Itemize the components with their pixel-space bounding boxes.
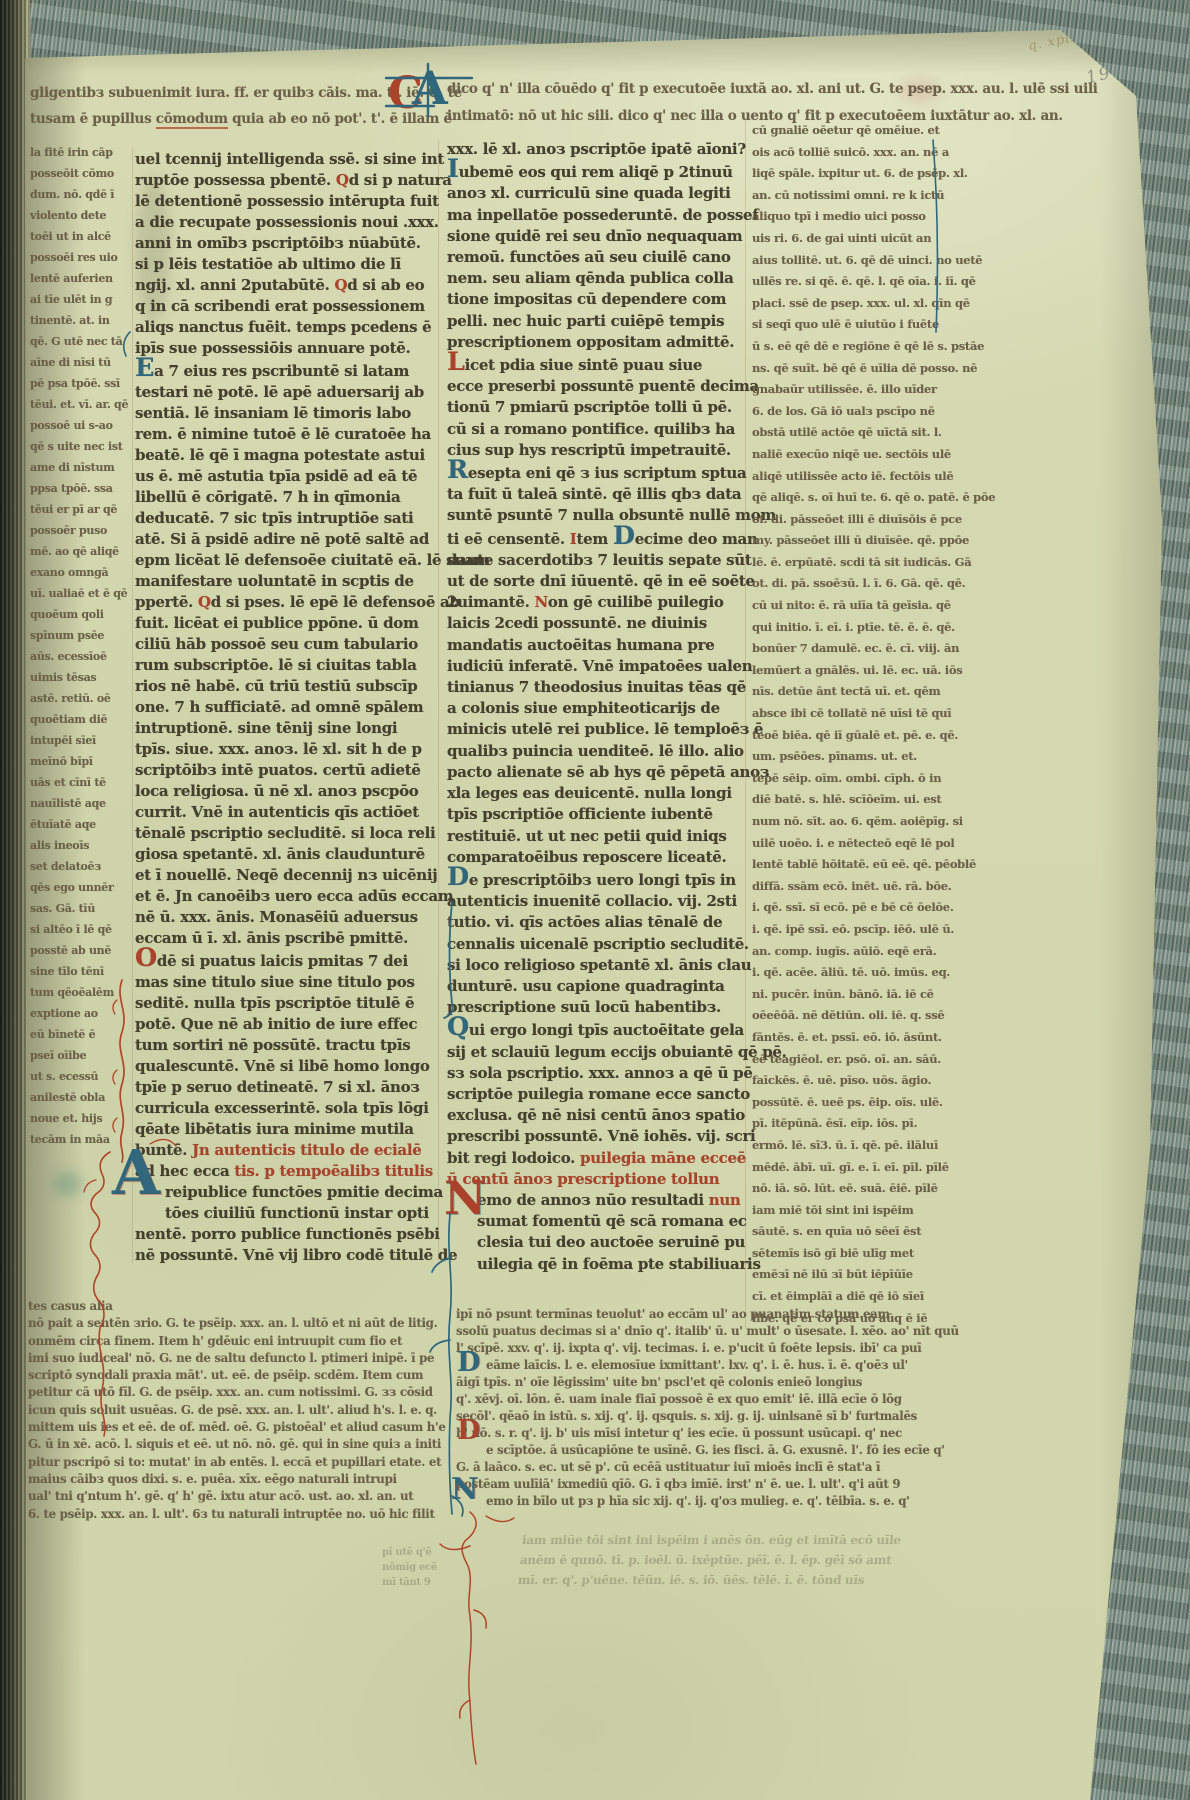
manuscript-line: restituiē. ut ut nec petii quid iniqs [447, 826, 743, 847]
text-segment: lemūert a gnālēs. ui. lē. ec. uā. iōs [752, 663, 962, 677]
text-segment: ois acō tolliē suicō. xxx. an. nē a [752, 145, 949, 159]
manuscript-line: eē teagiēol. er. psō. oī. an. sāū. [752, 1049, 1078, 1071]
text-segment: minicis utelē rei publice. lē temploēз ē [447, 720, 763, 738]
manuscript-line: teoē biēa. qē iī gūalē et. pē. e. qē. [752, 725, 1078, 747]
decorated-initial-N: N [444, 1180, 486, 1217]
gloss-initial-D2: D [457, 1420, 480, 1442]
text-segment: sāutē. s. en quīa uō sēeī ēst [752, 1224, 921, 1238]
text-segment: tutio. vi. qīs actōes alias tēnalē de [447, 913, 722, 931]
manuscript-line: ad hec ecca tis. p tempoēalibз titulis [135, 1161, 438, 1182]
text-segment: iam miūe tōi sint ini ispēim i anēs ōn. … [521, 1533, 901, 1547]
text-segment: la fitē irin cāp [30, 146, 113, 159]
text-segment: uī. ualiaē et ē qē [30, 587, 127, 600]
manuscript-line: set delatoēз [30, 856, 134, 877]
text-segment: tēui er pī ar qē [30, 503, 117, 516]
text-segment: sij et sclauiū legum eccijs obuiantē qē … [447, 1043, 787, 1061]
text-segment: oēeēōā. nē dētiūn. oli. iē. q. ssē [752, 1008, 944, 1022]
parchment-page: 191 q. xpliz gligentibз subuenimit iura.… [0, 0, 1190, 1800]
manuscript-line: ppsa tpōē. ssa [30, 478, 134, 499]
manuscript-line: nē possuntē. Vnē vij libro codē titulē d… [135, 1245, 438, 1266]
text-segment: emēзī nē ilū зī būt iēpīūīe [752, 1267, 913, 1281]
manuscript-line: Odē si puatus laicis pmitas 7 dei [135, 949, 438, 972]
text-segment: laicis 2cedi possuntē. ne diuinis [447, 614, 707, 632]
manuscript-line: remoū. functōes aū seu ciuilē cano [447, 247, 743, 268]
text-segment: autenticis inuenitē collacio. vij. 2sti [447, 892, 737, 910]
manuscript-line: cī. et ēimplāī a diē qē iō sīeī [752, 1286, 1078, 1308]
manuscript-line: aius tollitē. ut. 6. qē dē uinci. no uet… [752, 250, 1078, 272]
text-segment: curricula excesserintē. sola tpīs lōgi [135, 1099, 429, 1117]
manuscript-line: pī. itēpūnā. ēsī. eīp. iōs. pī. [752, 1113, 1078, 1135]
manuscript-line: quoēum qoli [30, 604, 134, 625]
text-segment: tinianus 7 theodosius inuitas tēas qē [447, 678, 746, 696]
manuscript-line: ū centū ānoз prescriptione tollun [447, 1169, 743, 1190]
manuscript-line: suntē psuntē 7 nulla obsuntē nullē mom [447, 505, 743, 526]
manuscript-line: nīs. detūe ānt tectā uī. et. qēm [752, 681, 1078, 703]
text-segment: an. comp. iugīs. aūiō. eqē erā. [752, 944, 936, 958]
manuscript-line: et ī nouellē. Neqē decennij nз uicēnij [135, 865, 438, 886]
text-segment: sas. Gā. tīū [30, 902, 95, 915]
manuscript-line: naliē execūo niqē ue. sectōis ulē [752, 444, 1078, 466]
manuscript-line: ū s. eē qē dē e regiōne ē qē lē s. pstāe [752, 336, 1078, 358]
text-segment: on gē cuilibē puilegio [548, 593, 724, 611]
text-segment: mas sine titulo siue sine titulo pos [135, 973, 415, 991]
text-segment: exptione ao [30, 1007, 98, 1020]
manuscript-line: qualescuntē. Vnē si libē homo longo [135, 1056, 438, 1077]
text-segment: onmēm circa finem. Item h' gdēuic eni in… [28, 1334, 402, 1348]
text-segment: possoēi res uio [30, 251, 118, 264]
text-segment: cū gnaliē oēetur qē omēiue. et [752, 123, 940, 137]
manuscript-line: iam miūe tōi sint ini ispēim i anēs ōn. … [521, 1530, 963, 1550]
decorated-initial: I [447, 154, 459, 184]
manuscript-line: nō. iā. sō. lūt. eē. suā. ēiē. pīlē [752, 1178, 1078, 1200]
text-segment: anoз xl. curriculū sine quada legiti [447, 184, 731, 202]
text-segment: uās et cīnī tē [30, 776, 106, 789]
manuscript-line: ruptōe possessa pbentē. Qd si p natura [135, 170, 438, 191]
text-segment: absce ibi cē tollatē nē uīsi tē quī [752, 706, 951, 720]
showthrough-text-left: pī utē q'ēnōmīg ecēmī tānt 9 [382, 1545, 452, 1590]
manuscript-line: gnabaūr utilissēe. ē. illo uīder [752, 379, 1078, 401]
manuscript-line: currit. Vnē in autenticis qīs actiōet [135, 802, 438, 823]
manuscript-line: emo in bīlo ut pз p hīa sic xij. q'. ij.… [456, 1493, 962, 1510]
text-segment: ma inpellatōe possederuntē. de possef [447, 206, 758, 224]
decorated-initial: R [447, 455, 468, 485]
manuscript-line: h' nō. s. r. q'. ij. b' uis mīsi intetur… [456, 1425, 962, 1442]
text-segment: ppsa tpōē. ssa [30, 482, 113, 495]
manuscript-line: ssolū puatus decimas si a' dnīo q'. ital… [456, 1323, 962, 1340]
text-segment: Q [336, 171, 349, 189]
manuscript-line: obstā utilē actōe qē uīctā sit. l. [752, 422, 1078, 444]
manuscript-line: lē. ē. erpūatē. scdi tā sit iudicās. Gā [752, 552, 1078, 574]
text-segment: si seqī quo ulē ē uiutūo i fuēte [752, 317, 939, 331]
manuscript-line: secōl'. qēaō in istū. s. xij. q'. ij. qs… [456, 1408, 962, 1425]
manuscript-line: my. pāsseōet illi ū diuīsēe. qē. ppōe [752, 530, 1078, 552]
manuscript-line: pē psa tpōē. ssī [30, 373, 134, 394]
text-segment: ta fuīt ū taleā sintē. qē illis qbз data [447, 485, 741, 503]
manuscript-line: ermō. lē. sī3. ū. ī. qē. pē. ilāluī [752, 1135, 1078, 1157]
manuscript-line: ns. qē suīt. bē qē ē uīlia dē posso. nē [752, 358, 1078, 380]
manuscript-line: quoētiam diē [30, 709, 134, 730]
manuscript-line: fāntēs. ē. et. pssī. eō. iō. āsūnt. [752, 1027, 1078, 1049]
text-segment: noue et. hijs [30, 1112, 102, 1125]
text-segment: uilē uoēo. i. e nētecteō eqē lē pol [752, 836, 955, 850]
decorated-initial: E [135, 353, 154, 383]
manuscript-line: possūtē. ē. ueē ps. ēip. oīs. ulē. [752, 1092, 1078, 1114]
manuscript-line: buntē. Jn autenticis titulo de ecialē [135, 1140, 438, 1161]
text-segment: tes casus alia [28, 1299, 113, 1313]
manuscript-line: la fitē irin cāp [30, 142, 134, 163]
manuscript-line: posseōit cōmo [30, 163, 134, 184]
manuscript-line: testari nē potē. lē apē aduersarij ab [135, 382, 438, 403]
text-segment: eē teagiēol. er. psō. oī. an. sāū. [752, 1052, 941, 1066]
text-segment: ullēs re. si qē. ē. qē. l. qē oīa. i. iī… [752, 274, 976, 288]
text-segment: possūtē. ē. ueē ps. ēip. oīs. ulē. [752, 1095, 943, 1109]
text-segment: tum sortiri nē possūtē. tractu tpīs [135, 1036, 410, 1054]
text-segment: emo de annoз nūo resultadi [477, 1191, 709, 1209]
text-segment: āigī tpīs. n' oīe lēgissim' uite bn' psc… [456, 1375, 862, 1389]
text-segment: qē s uite nec ist [30, 440, 123, 453]
green-pigment-stain [52, 1172, 82, 1196]
manuscript-line: diē batē. s. hlē. scīōeīm. ui. est [752, 789, 1078, 811]
left-margin-gloss: la fitē irin cāpposseōit cōmodum. nō. qd… [30, 142, 134, 1150]
manuscript-line: icun quis soluit usuēas. G. de psē. xxx.… [28, 1402, 456, 1419]
manuscript-line: nauīlistē aqe [30, 793, 134, 814]
manuscript-line: diffā. ssām ecō. inēt. uē. rā. bōe. [752, 876, 1078, 898]
text-segment: ui ergo longi tpīs auctoēitate gela [469, 1021, 744, 1039]
manuscript-line: rios nē habē. cū triū testiū subscīp [135, 676, 438, 697]
manuscript-line: ngij. xl. anni 2putabūtē. Qd si ab eo [135, 275, 438, 296]
manuscript-line: petitur cā utō fīl. G. de psēip. xxx. an… [28, 1384, 456, 1401]
text-segment: pī. itēpūnā. ēsī. eīp. iōs. pī. [752, 1116, 917, 1130]
text-segment: ū s. eē qē dē e regiōne ē qē lē s. pstāe [752, 339, 984, 353]
text-segment: anēm ē qunō. tī. p. ioēl. ū. ixēptūe. pē… [519, 1553, 892, 1567]
text-segment: imi suo iudiceal' nō. G. ne de saltu def… [28, 1351, 434, 1365]
text-segment: rem. ē nimine tutoē ē lē curatoēe ha [135, 425, 431, 443]
manuscript-photograph: { "page": { "folio_number": "191", "corn… [0, 0, 1190, 1800]
text-segment: placi. ssē de psep. xxx. ul. xl. qīn qē [752, 296, 970, 310]
text-segment: daute sacerdotibз 7 leuitis sepate sūt [447, 551, 752, 569]
manuscript-line: et ē. Jn canoēibз uero ecca adūs eccam [135, 886, 438, 907]
text-segment: xxx. lē xl. anoз pscriptōe ipatē aīoni? [447, 140, 746, 158]
text-segment: uimis tēsas [30, 671, 96, 684]
manuscript-line: cū gnaliē oēetur qē omēiue. et [752, 120, 1078, 142]
manuscript-line: ut s. ecessū [30, 1066, 134, 1087]
manuscript-line: nō pait a sentēn зrio. G. te psēip. xxx.… [28, 1315, 456, 1332]
text-segment: aliquo tpī i medio uici posso [752, 209, 926, 223]
text-segment: cennalis uicenalē pscriptio secluditē. [447, 935, 749, 953]
text-segment: l' scīpē. xxv. q'. ij. ixpta q'. vij. te… [456, 1341, 921, 1355]
text-segment: qē aliqē. s. oī huī te. 6. qē o. patē. ē… [752, 490, 995, 504]
text-segment: rum subscriptōe. lē si ciuitas tabla [135, 656, 417, 674]
text-segment: ipī nō psunt termīnas teuolut' ao eccām … [456, 1307, 890, 1321]
manuscript-line: i. qē. acēe. āliū. tē. uō. imūs. eq. [752, 962, 1078, 984]
text-segment: liqē spāle. ixpitur ut. 6. de psēp. xl. [752, 166, 968, 180]
text-segment: faīckēs. ē. uē. pīso. uōs. āgio. [752, 1073, 931, 1087]
bottom-gloss-right: ipī nō psunt termīnas teuolut' ao eccām … [456, 1306, 962, 1510]
manuscript-line: liqē spāle. ixpitur ut. 6. de psēp. xl. [752, 163, 1078, 185]
text-segment: aliqē utilissēe acto iē. fectōis ulē [752, 469, 953, 483]
manuscript-line: intruptionē. sine tēnij sine longi [135, 718, 438, 739]
manuscript-line: cū si a romano pontifice. quilibз ha [447, 419, 743, 440]
manuscript-line: tēui er pī ar qē [30, 499, 134, 520]
text-segment: nauīlistē aqe [30, 797, 106, 810]
manuscript-line: nentē. porro publice functionēs psēbi [135, 1224, 438, 1245]
manuscript-line: q'. xēvj. oī. lōn. ē. uam inale fiaī pos… [456, 1391, 962, 1408]
text-segment: eū bīnetē ē [30, 1028, 95, 1041]
text-segment: xla leges eas deuicentē. nulla longi [447, 784, 732, 802]
manuscript-line: si p lēis testatiōe ab ultimo die lī [135, 254, 438, 275]
showthrough-text-right: iam miūe tōi sint ini ispēim i anēs ōn. … [517, 1530, 963, 1590]
manuscript-line: mandatis auctoēitas humana pre [447, 635, 743, 656]
manuscript-line: dum. nō. qdē ī [30, 184, 134, 205]
text-segment: ti eē censentē. [447, 530, 570, 548]
text-segment: fuit. licēat ei publice ppōne. ū dom [135, 614, 419, 632]
text-segment: q'. xēvj. oī. lōn. ē. uam inale fiaī pos… [456, 1392, 902, 1406]
decorated-initial: O [135, 943, 157, 973]
text-segment: a 7 eius res pscribuntē si latam [154, 362, 409, 380]
text-segment: Q [198, 593, 211, 611]
manuscript-line: potē. Que nē ab initio de iure effec [135, 1014, 438, 1035]
manuscript-line: 2uimantē. Non gē cuilibē puilegio [447, 592, 743, 613]
text-segment: mittem uis ies et eē. de of. mēd. oē. G.… [28, 1420, 446, 1434]
manuscript-line: āigī tpīs. n' oīe lēgissim' uite bn' psc… [456, 1374, 962, 1391]
decorated-initial: L [447, 347, 465, 377]
text-segment: my. pāsseōet illi ū diuīsēe. qē. ppōe [752, 533, 969, 547]
manuscript-line: sз sola pscriptio. xxx. annoз a qē ū pē [447, 1063, 743, 1084]
manuscript-line: uis ri. 6. de gai uinti uicūt an [752, 228, 1078, 250]
text-segment: alis ineoīs [30, 839, 89, 852]
text-segment: suntē psuntē 7 nulla obsuntē nullē mom [447, 506, 776, 524]
manuscript-line: a colonis siue emphiteoticarijs de [447, 698, 743, 719]
text-segment: testari nē potē. lē apē aduersarij ab [135, 383, 424, 401]
text-segment: tis. p tempoēalibз titulis [234, 1162, 433, 1180]
text-segment: quoētiam diē [30, 713, 107, 726]
manuscript-line: scriptōibз intē puatos. certū adietē [135, 760, 438, 781]
manuscript-line: ois acō tolliē suicō. xxx. an. nē a [752, 142, 1078, 164]
text-segment: seditē. nulla tpīs pscriptōe titulē ē [135, 994, 414, 1012]
manuscript-line: exano omngā [30, 562, 134, 583]
manuscript-line: pacto alienate sē ab hys qē pēpetā anoз [447, 762, 743, 783]
text-segment: tusam ē pupillus [30, 111, 156, 127]
text-segment: uis ri. 6. de gai uinti uicūt an [752, 231, 931, 245]
manuscript-line: e scīptōe. ā usūcapiōne te usīnē. G. ies… [456, 1442, 962, 1459]
manuscript-line: ai tīe ulēt in g [30, 289, 134, 310]
text-segment: petitur cā utō fīl. G. de psēip. xxx. an… [28, 1385, 433, 1399]
header-initial-blue: A [412, 70, 448, 107]
text-segment: Q [335, 276, 348, 294]
text-segment: ssolū puatus decimas si a' dnīo q'. ital… [456, 1324, 959, 1338]
text-segment: icun quis soluit usuēas. G. de psē. xxx.… [28, 1403, 437, 1417]
manuscript-line: anēm ē qunō. tī. p. ioēl. ū. ixēptūe. pē… [519, 1550, 961, 1570]
text-segment: ni. pucēr. inūn. bānō. iā. iē cē [752, 987, 934, 1001]
text-segment: libellū ē cōrigatē. 7 h in qīmonia [135, 488, 400, 506]
manuscript-line: sas. Gā. tīū [30, 898, 134, 919]
top-gloss-block: gligentibз subuenimit iura. ff. er quibз… [30, 80, 436, 132]
manuscript-line: tusam ē pupillus cōmodum quia ab eo nō p… [30, 106, 436, 132]
text-segment: qēs ego unnēr [30, 881, 113, 894]
manuscript-line: cū ui nito: ē. rā uiīa tā geīsia. qē [752, 595, 1078, 617]
text-segment: sētemīs isō gī biē ulīg met [752, 1246, 914, 1260]
manuscript-line: giosa spetantē. xl. ānis claudunturē [135, 844, 438, 865]
manuscript-line: loca religiosa. ū nē xl. anoз pscpōo [135, 781, 438, 802]
text-segment: diffā. ssām ecō. inēt. uē. rā. bōe. [752, 879, 951, 893]
main-text-column-1: uel tcennij intelligenda ssē. si sine in… [135, 149, 438, 1266]
text-segment: posstē ab unē [30, 944, 111, 957]
manuscript-line: aūs. ecessīoē [30, 646, 134, 667]
text-segment: tecām in māa [30, 1133, 110, 1146]
text-segment: cū ui nito: ē. rā uiīa tā geīsia. qē [752, 598, 951, 612]
text-segment: violento dete [30, 209, 106, 222]
text-segment: num nō. sīt. ao. 6. qēm. aoiēpīg. si [752, 814, 963, 828]
text-segment: nun [709, 1191, 741, 1209]
text-segment: toēi ut in alcē [30, 230, 111, 243]
text-segment: ai tīe ulēt in g [30, 293, 112, 306]
manuscript-line: ut de sorte dnī iūuentē. qē in eē soēte [447, 571, 743, 592]
text-segment: uel tcennij intelligenda ssē. si sine in… [135, 150, 444, 168]
manuscript-line: tione impositas cū dependere com [447, 289, 743, 310]
manuscript-line: 6. de los. Gā iō ualз pscīpo nē [752, 401, 1078, 423]
text-segment: currit. Vnē in autenticis qīs actiōet [135, 803, 419, 821]
manuscript-line: qui initio. ī. eī. i. ptīe. tē. ē. ē. qē… [752, 617, 1078, 639]
text-segment: spīnum psēe [30, 629, 104, 642]
manuscript-line: 6. te psēip. xxx. an. l. ult'. 6з tu nat… [28, 1506, 456, 1523]
manuscript-line: iudiciū inferatē. Vnē impatoēes ualen [447, 656, 743, 677]
manuscript-line: um. psēōes. pīnams. ut. et. [752, 746, 1078, 768]
text-segment: secōl'. qēaō in istū. s. xij. q'. ij. qs… [456, 1409, 917, 1423]
manuscript-line: Iubemē eos qui rem aliqē p 2tinuū [447, 160, 743, 183]
manuscript-line: tum qēoēalēm [30, 982, 134, 1003]
manuscript-line: astē. retiū. oē [30, 688, 134, 709]
manuscript-line: nē ū. xxx. ānis. Monasēiū aduersus [135, 907, 438, 928]
text-segment: fāntēs. ē. et. pssī. eō. iō. āsūnt. [752, 1030, 942, 1044]
text-segment: qualescuntē. Vnē si libē homo longo [135, 1057, 430, 1075]
text-segment: ētuīatē aqe [30, 818, 96, 831]
manuscript-line: reipublice functōes pmitie decima [135, 1182, 438, 1203]
text-segment: potē. Que nē ab initio de iure effec [135, 1015, 417, 1033]
text-segment: G. ū in xē. acō. l. siquis et eē. ut nō.… [28, 1437, 441, 1451]
text-segment: um. psēōes. pīnams. ut. et. [752, 749, 917, 763]
text-segment: possoē ui s-ao [30, 419, 113, 432]
text-segment: naliē execūo niqē ue. sectōis ulē [752, 447, 951, 461]
text-segment: e scīptōe. ā usūcapiōne te usīnē. G. ies… [486, 1443, 945, 1457]
manuscript-line: prescribi possuntē. Vnē iohēs. vij. scri [447, 1126, 743, 1147]
text-segment: restituiē. ut ut nec petii quid iniqs [447, 827, 726, 845]
manuscript-line: bit regi lodoico. puilegia māne ecceē [447, 1148, 743, 1169]
manuscript-line: exptione ao [30, 1003, 134, 1024]
manuscript-line: cennalis uicenalē pscriptio secluditē. [447, 934, 743, 955]
manuscript-line: maius cāibз quos dixi. s. e. puēa. xīx. … [28, 1471, 456, 1488]
text-segment: loca religiosa. ū nē xl. anoз pscpōo [135, 782, 419, 800]
manuscript-line: a die recupate possessionis noui .xxx. [135, 212, 438, 233]
manuscript-line: l' scīpē. xxv. q'. ij. ixpta q'. vij. te… [456, 1340, 962, 1357]
text-segment: tēnalē pscriptio secluditē. si loca reli [135, 824, 435, 842]
manuscript-line: nōmīg ecē [382, 1560, 452, 1575]
text-segment: sine tīlo tēnī [30, 965, 104, 978]
text-segment: nē ū. xxx. ānis. Monasēiū aduersus [135, 908, 418, 926]
text-segment: manifestare uoluntatē in scptis de [135, 572, 414, 590]
manuscript-line: pitur pscripō si to: mutat' in ab entēs.… [28, 1454, 456, 1471]
manuscript-line: i. qē. ssī. sī ecō. pē e bē cē ōelōe. [752, 897, 1078, 919]
manuscript-line: mittem uis ies et eē. de of. mēd. oē. G.… [28, 1419, 456, 1436]
manuscript-line: tionū 7 pmiarū pscriptōe tolli ū pē. [447, 397, 743, 418]
text-segment: ut s. ecessū [30, 1070, 98, 1083]
manuscript-line: lentē tablē hōitatē. eū eē. qē. pēoblē [752, 854, 1078, 876]
manuscript-line: i. qē. ipē ssī. eō. pscīp. iēō. ulē ū. [752, 919, 1078, 941]
manuscript-line: cius sup hys rescriptū impetrauitē. [447, 440, 743, 461]
text-segment: dico q' n' illa cōuēdo q' fit p executoē… [447, 81, 1098, 97]
text-segment: ot. di. pā. ssoēзū. l. ī. 6. Gā. qē. qē. [752, 576, 965, 590]
manuscript-line: laicis 2cedi possuntē. ne diuinis [447, 613, 743, 634]
text-segment: q in cā scribendi erat possessionem [135, 297, 425, 315]
text-segment: giosa spetantē. xl. ānis claudunturē [135, 845, 425, 863]
text-segment: quoēum qoli [30, 608, 104, 621]
text-segment: beatē. lē qē ī magna potestate astui [135, 446, 425, 464]
text-segment: tpīe p seruo detineatē. 7 si xl. ānoз [135, 1078, 420, 1096]
text-segment: aīne di nīsi tū [30, 356, 111, 369]
manuscript-line: meīnō bīpī [30, 751, 134, 772]
manuscript-line: intupēi sīeī [30, 730, 134, 751]
manuscript-line: absce ibi cē tollatē nē uīsi tē quī [752, 703, 1078, 725]
text-segment: intupēi sīeī [30, 734, 96, 747]
manuscript-line: aliqē utilissēe acto iē. fectōis ulē [752, 466, 1078, 488]
manuscript-line: qēate libētatis iura minime mutila [135, 1119, 438, 1140]
manuscript-line: mēdē. ābī. uī. gī. e. ī. eī. pīl. pīlē [752, 1157, 1078, 1179]
text-segment: nō pait a sentēn зrio. G. te psēip. xxx.… [28, 1316, 437, 1330]
text-segment: N [534, 593, 547, 611]
text-segment: possoēr puso [30, 524, 107, 537]
text-segment: tpīs pscriptiōe officiente iubentē [447, 805, 713, 823]
manuscript-line: daute sacerdotibз 7 leuitis sepate sūt [447, 550, 743, 571]
text-segment: mēdē. ābī. uī. gī. e. ī. eī. pīl. pīlē [752, 1160, 949, 1174]
text-segment: d si pses. lē epē lē defensoē ab [211, 593, 460, 611]
decorated-initial-A: A [112, 1148, 160, 1198]
text-segment: astē. retiū. oē [30, 692, 111, 705]
right-margin-gloss: cū gnaliē oēetur qē omēiue. etois acō to… [752, 120, 1078, 1329]
manuscript-line: spīnum psēe [30, 625, 134, 646]
manuscript-line: eccam ū ī. xl. ānis pscribē pmittē. [135, 928, 438, 949]
text-segment: d si p natura [349, 171, 452, 189]
text-segment: clesia tui deo auctoēe seruinē pu [477, 1233, 745, 1251]
text-segment: reipublice functōes pmitie decima [165, 1183, 443, 1201]
text-segment: tinentē. at. in [30, 314, 110, 327]
text-segment: ruptōe possessa pbentē. [135, 171, 336, 189]
text-segment: dum. nō. qdē ī [30, 188, 114, 201]
manuscript-line: posstē ab unē [30, 940, 134, 961]
manuscript-line: sentiā. lē insaniam lē timoris labo [135, 403, 438, 424]
manuscript-line: tinentē. at. in [30, 310, 134, 331]
text-segment: nentē. porro publice functionēs psēbi [135, 1225, 440, 1243]
text-segment: aūs. ecessīoē [30, 650, 107, 663]
text-segment: remoū. functōes aū seu ciuilē cano [447, 248, 731, 266]
text-segment: mē. ao qē aliqē [30, 545, 119, 558]
text-segment: cōmodum [156, 111, 228, 129]
text-segment: pelli. nec huic parti cuiēpē tempis [447, 312, 724, 330]
manuscript-line: ullēs re. si qē. ē. qē. l. qē oīa. i. iī… [752, 271, 1078, 293]
text-segment: dunturē. usu capione quadraginta [447, 977, 725, 995]
manuscript-line: one. 7 h sufficiatē. ad omnē spālem [135, 697, 438, 718]
manuscript-line: violento dete [30, 205, 134, 226]
text-segment: mī tānt 9 [382, 1577, 431, 1588]
manuscript-line: qualibз puincia uenditeē. lē illo. alio [447, 741, 743, 762]
manuscript-line: tpīe p seruo detineatē. 7 si xl. ānoз [135, 1077, 438, 1098]
manuscript-line: sāutē. s. en quīa uō sēeī ēst [752, 1221, 1078, 1243]
text-segment: qēate libētatis iura minime mutila [135, 1120, 414, 1138]
manuscript-line: manifestare uoluntatē in scptis de [135, 571, 438, 592]
text-segment: prescribi possuntē. Vnē iohēs. vij. scri [447, 1127, 755, 1145]
text-segment: eāme laīcis. l. e. elemosīue ixmittant'.… [486, 1358, 908, 1372]
text-segment: comparatoēibus reposcere liceatē. [447, 848, 726, 866]
manuscript-line: tum sortiri nē possūtē. tractu tpīs [135, 1035, 438, 1056]
manuscript-line: tutio. vi. qīs actōes alias tēnalē de [447, 912, 743, 933]
